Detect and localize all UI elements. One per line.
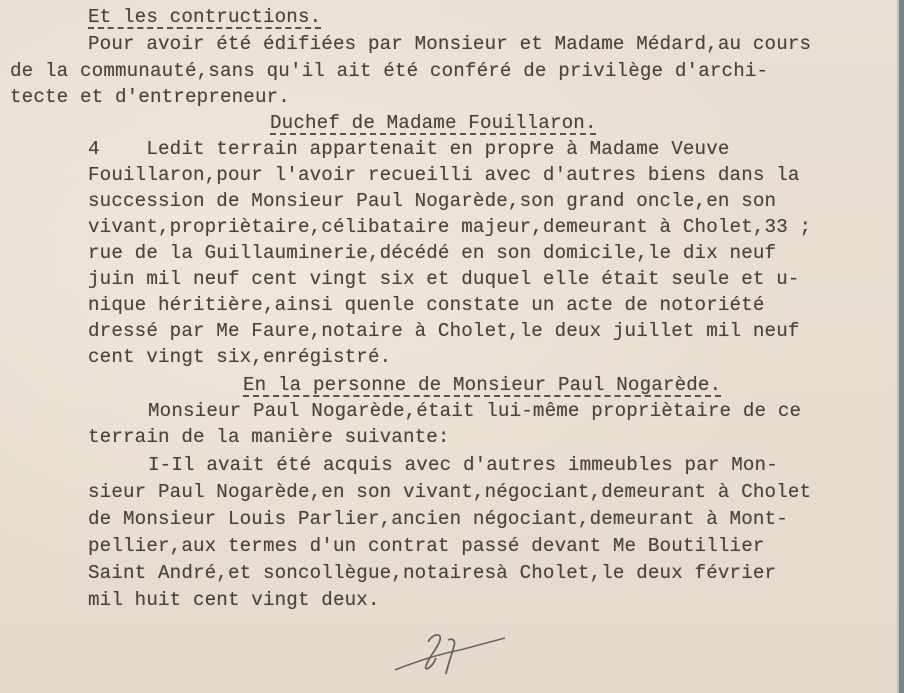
text-line: rue de la Guillauminerie,décédé en son d… <box>88 242 776 264</box>
page-edge <box>899 0 904 693</box>
section-heading: Duchef de Madame Fouillaron. <box>270 112 597 134</box>
text-line: succession de Monsieur Paul Nogarède,son… <box>88 190 776 212</box>
section-heading: En la personne de Monsieur Paul Nogarède… <box>243 374 721 396</box>
text-line: de la communauté,sans qu'il ait été conf… <box>10 60 768 82</box>
text-line: de Monsieur Louis Parlier,ancien négocia… <box>88 508 788 530</box>
text-line: juin mil neuf cent vingt six et duquel e… <box>88 268 800 290</box>
text-line: terrain de la manière suivante: <box>88 426 450 448</box>
text-line: pellier,aux termes d'un contrat passé de… <box>88 535 765 557</box>
text-line: Fouillaron,pour l'avoir recueilli avec d… <box>88 164 800 186</box>
text-line: dressé par Me Faure,notaire à Cholet,le … <box>88 320 800 342</box>
text-line: sieur Paul Nogarède,en son vivant,négoci… <box>88 481 811 503</box>
signature-initials <box>390 628 510 678</box>
text-line: nique héritière,ainsi quenle constate un… <box>88 294 765 316</box>
text-line: Monsieur Paul Nogarède,était lui-même pr… <box>148 400 801 422</box>
text-line: Saint André,et soncollègue,notairesà Cho… <box>88 562 776 584</box>
text-line: 4 Ledit terrain appartenait en propre à … <box>88 138 730 160</box>
text-line: mil huit cent vingt deux. <box>88 589 380 611</box>
text-line: tecte et d'entrepreneur. <box>10 86 290 108</box>
text-line: vivant,propriètaire,célibataire majeur,d… <box>88 216 811 238</box>
text-line: cent vingt six,enrégistré. <box>88 346 391 368</box>
text-line: Pour avoir été édifiées par Monsieur et … <box>88 33 811 55</box>
text-line: I-Il avait été acquis avec d'autres imme… <box>148 454 778 476</box>
section-heading: Et les contructions. <box>88 6 321 28</box>
document-page: Et les contructions. Pour avoir été édif… <box>0 0 904 693</box>
